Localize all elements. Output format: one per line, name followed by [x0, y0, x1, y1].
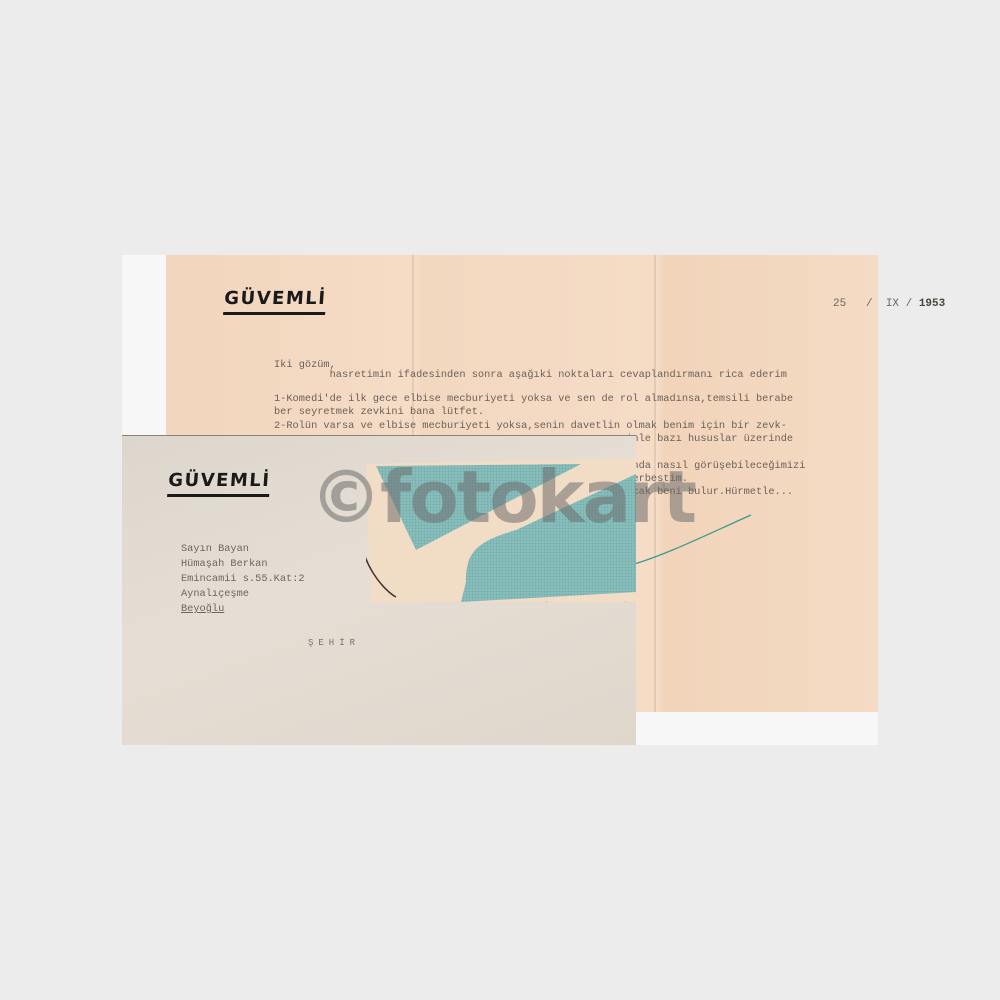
envelope: GÜVEMLİ Sayın BayanHümaşah BerkanEmincam…	[122, 436, 636, 745]
letter-line: 2-Rolün varsa ve elbise mecburiyeti yoks…	[274, 420, 787, 433]
city-label: ŞEHİR	[308, 638, 360, 648]
recipient-address: Sayın BayanHümaşah BerkanEmincamii s.55.…	[181, 542, 305, 617]
letter-line: ber seyretmek zevkini bana lütfet.	[274, 406, 484, 419]
letterhead-logo: GÜVEMLİ	[223, 288, 327, 315]
torn-stamp-area: 5	[366, 452, 636, 602]
letter-line: hasretimin ifadesinden sonra aşağıki nok…	[274, 369, 787, 382]
letter-line: 1-Komedi'de ilk gece elbise mecburiyeti …	[274, 393, 793, 406]
envelope-letterhead-logo: GÜVEMLİ	[167, 470, 271, 497]
letter-date: 25 / IX / 1953	[833, 298, 945, 310]
